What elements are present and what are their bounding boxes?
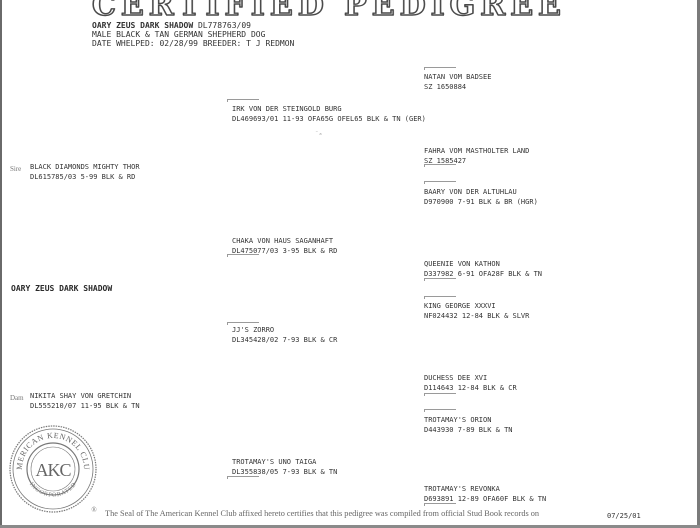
gp-4: TROTAMAY'S UNO TAIGA DL355838/05 7-93 BL… [232, 457, 337, 477]
whelped-date: 02/28/99 [159, 39, 198, 48]
dog-name: FAHRA VOM MASTHOLTER LAND [424, 146, 529, 156]
dog-registration: DL345428/02 7-93 BLK & CR [232, 335, 337, 345]
certification-statement: The Seal of The American Kennel Club aff… [105, 509, 539, 518]
bracket-tick [227, 476, 259, 477]
ggp-5: KING GEORGE XXXVI NF024432 12-84 BLK & S… [424, 301, 529, 321]
dog-name: QUEENIE VON KATHON [424, 259, 542, 269]
whelped-label: DATE WHELPED: [92, 39, 155, 48]
dog-registration: D443930 7-89 BLK & TN [424, 425, 513, 435]
smudge-mark: ⁻ₐ [315, 130, 322, 137]
bracket-tick [424, 296, 456, 297]
dam: NIKITA SHAY VON GRETCHIN DL555210/07 11-… [30, 391, 140, 411]
seal-bottom-text: INCORPORATED [28, 481, 78, 498]
seal-center-text: AKC [35, 460, 71, 480]
bracket-tick [227, 254, 259, 255]
dog-name: NATAN VOM BADSEE [424, 72, 491, 82]
ggp-8: TROTAMAY'S REVONKA D693891 12-89 OFA60F … [424, 484, 546, 504]
dog-registration: DL469693/01 11-93 OFA65G OFEL65 BLK & TN… [232, 114, 426, 124]
breeder-label: BREEDER: [203, 39, 242, 48]
subject-dog-name: OARY ZEUS DARK SHADOW [11, 284, 112, 293]
gp-1: IRK VON DER STEINGOLD BURG DL469693/01 1… [232, 104, 426, 124]
dog-name: JJ'S ZORRO [232, 325, 337, 335]
ggp-3: BAARY VON DER ALTUHLAU D970900 7-91 BLK … [424, 187, 538, 207]
dog-registration: DL615785/03 5-99 BLK & RD [30, 172, 140, 182]
bracket-tick [424, 164, 456, 165]
dog-name: TROTAMAY'S REVONKA [424, 484, 546, 494]
certification-date: 07/25/01 [607, 512, 641, 520]
ggp-6: DUCHESS DEE XVI D114643 12-84 BLK & CR [424, 373, 517, 393]
dog-registration: SZ 1650884 [424, 82, 491, 92]
ggp-4: QUEENIE VON KATHON D337982 6-91 OFA28F B… [424, 259, 542, 279]
dog-name: BLACK DIAMONDS MIGHTY THOR [30, 162, 140, 172]
bracket-tick [424, 393, 456, 394]
dog-name: DUCHESS DEE XVI [424, 373, 517, 383]
dam-label: Dam [10, 394, 24, 402]
bracket-tick [227, 322, 259, 323]
dog-name: IRK VON DER STEINGOLD BURG [232, 104, 426, 114]
dog-registration: D970900 7-91 BLK & BR (HGR) [424, 197, 538, 207]
ggp-1: NATAN VOM BADSEE SZ 1650884 [424, 72, 491, 92]
dog-name: KING GEORGE XXXVI [424, 301, 529, 311]
sire-label: Sire [10, 165, 21, 173]
akc-seal-icon: AMERICAN KENNEL CLUB INCORPORATED AKC ® [8, 424, 98, 514]
bracket-tick [424, 409, 456, 410]
bracket-tick [424, 181, 456, 182]
bracket-tick [424, 67, 456, 68]
dog-registration: DL555210/07 11-95 BLK & TN [30, 401, 140, 411]
gp-3: JJ'S ZORRO DL345428/02 7-93 BLK & CR [232, 325, 337, 345]
header-line-3: DATE WHELPED: 02/28/99 BREEDER: T J REDM… [92, 39, 294, 49]
header-registration: DL778763/09 [198, 21, 251, 30]
dog-name: TROTAMAY'S UNO TAIGA [232, 457, 337, 467]
bracket-tick [227, 99, 259, 100]
document-title: CERTIFIED PEDIGREE [92, 0, 612, 21]
ggp-2: FAHRA VOM MASTHOLTER LAND SZ 1585427 [424, 146, 529, 166]
svg-text:INCORPORATED: INCORPORATED [28, 481, 78, 498]
dog-registration: D114643 12-84 BLK & CR [424, 383, 517, 393]
registered-mark: ® [91, 506, 97, 514]
bracket-tick [424, 278, 456, 279]
header-dog-name: OARY ZEUS DARK SHADOW [92, 21, 193, 30]
ggp-7: TROTAMAY'S ORION D443930 7-89 BLK & TN [424, 415, 513, 435]
breeder-name: T J REDMON [246, 39, 294, 48]
dog-name: TROTAMAY'S ORION [424, 415, 513, 425]
gp-2: CHAKA VON HAUS SAGANHAFT DL475077/03 3-9… [232, 236, 337, 256]
dog-name: NIKITA SHAY VON GRETCHIN [30, 391, 140, 401]
dog-name: CHAKA VON HAUS SAGANHAFT [232, 236, 337, 246]
document-border-left [0, 0, 2, 528]
bracket-tick [424, 503, 456, 504]
dog-registration: NF024432 12-84 BLK & SLVR [424, 311, 529, 321]
sire: BLACK DIAMONDS MIGHTY THOR DL615785/03 5… [30, 162, 140, 182]
dog-name: BAARY VON DER ALTUHLAU [424, 187, 538, 197]
